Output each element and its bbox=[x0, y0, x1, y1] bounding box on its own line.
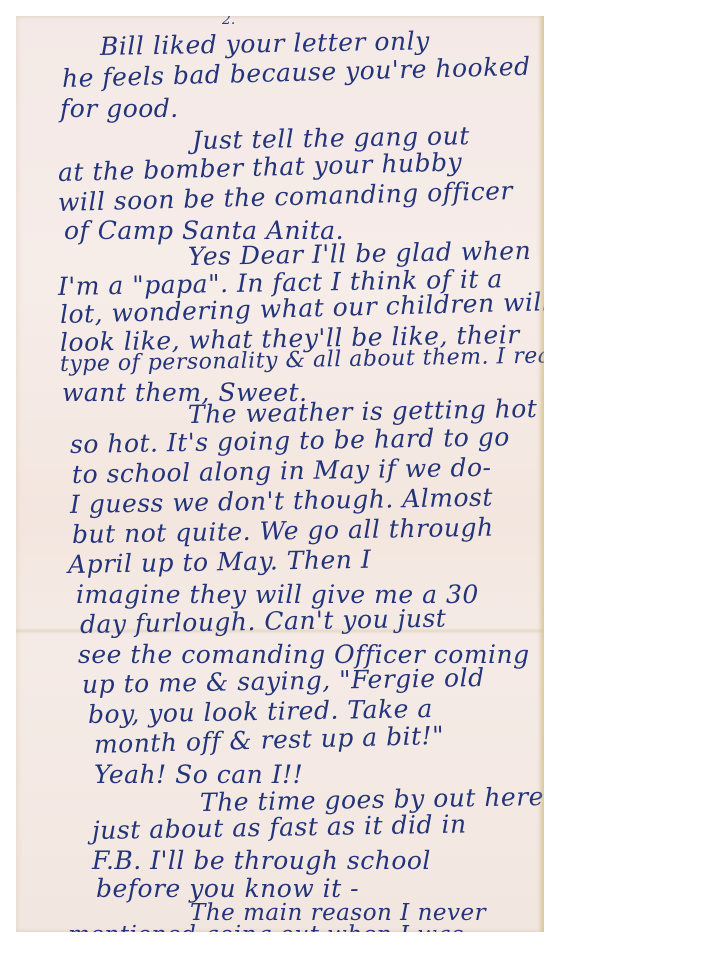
letter-line: before you know it - bbox=[96, 874, 359, 903]
letter-line: for good. bbox=[60, 94, 179, 123]
letter-line: just about as fast as it did in bbox=[92, 809, 467, 845]
letter-line: but not quite. We go all through bbox=[72, 513, 494, 549]
letter-line: April up to May. Then I bbox=[68, 545, 372, 579]
letter-line: F.B. I'll be through school bbox=[92, 846, 431, 875]
letter-page: 2. Bill liked your letter only he feels … bbox=[16, 16, 544, 932]
document-canvas: 2. Bill liked your letter only he feels … bbox=[0, 0, 720, 960]
letter-line: mentioned going out when I was bbox=[68, 922, 464, 932]
page-number: 2. bbox=[222, 16, 235, 28]
letter-line: day furlough. Can't you just bbox=[80, 604, 447, 639]
letter-line: Yeah! So can I!! bbox=[94, 760, 303, 789]
